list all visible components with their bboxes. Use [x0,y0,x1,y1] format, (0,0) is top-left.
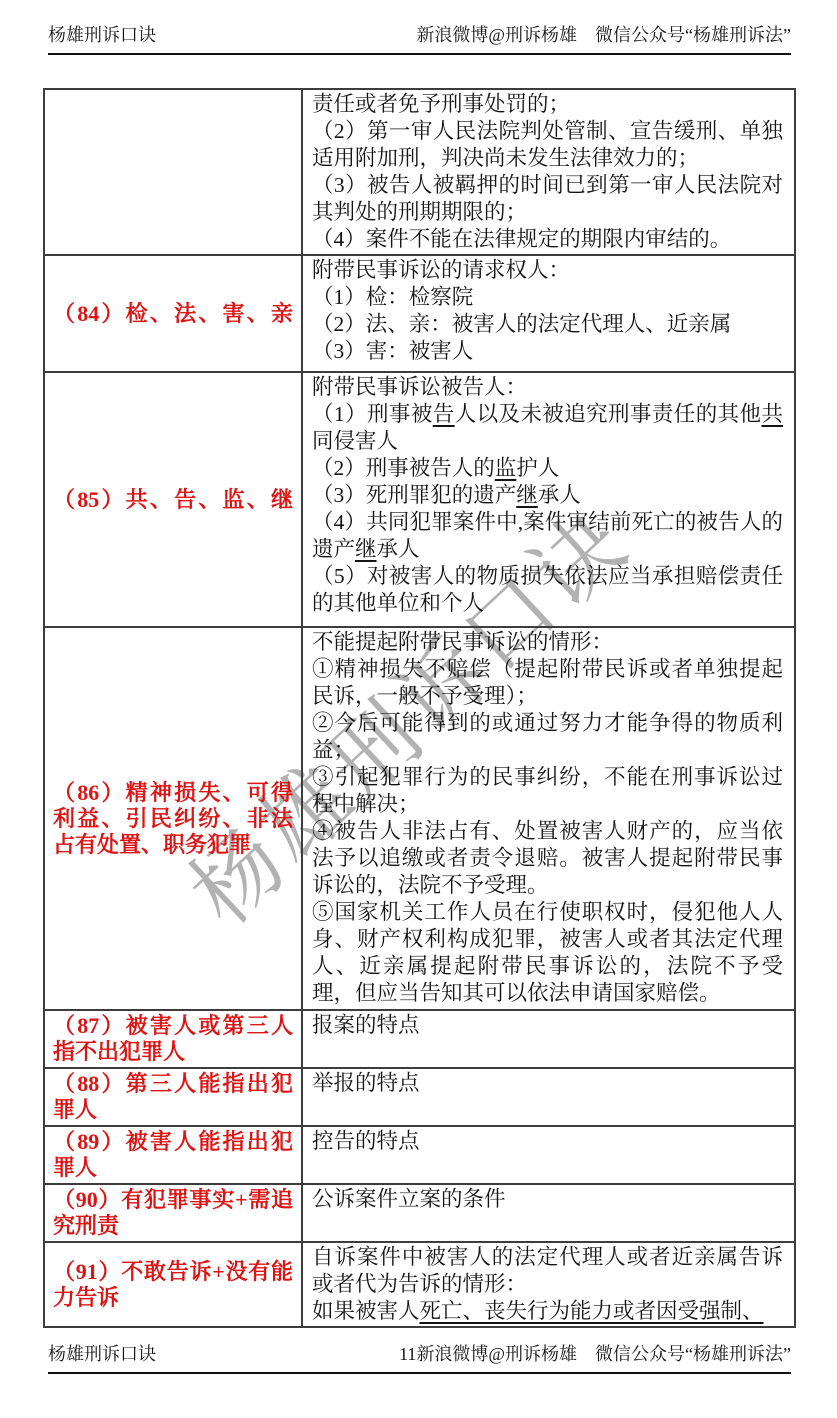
text-segment: 不能提起附带民事诉讼的情形： [312,630,613,654]
mnemonic-label: （91）不敢告诉+没有能力告诉 [53,1259,293,1311]
content-paragraph: 自诉案件中被害人的法定代理人或者近亲属告诉或者代为告诉的情形： [312,1244,783,1298]
mnemonic-label: （89）被害人能指出犯罪人 [53,1129,293,1181]
content-paragraph: ④被告人非法占有、处置被害人财产的，应当依法予以追缴或者责令退赔。被害人提起附带… [312,818,783,899]
mnemonic-cell: （87）被害人或第三人指不出犯罪人 [45,1011,303,1067]
content-cell: 举报的特点 [303,1069,794,1125]
text-segment: 人以及未被追究刑事责任的其他 [455,402,762,426]
text-segment: ②今后可能得到的或通过努力才能争得的物质利益； [312,711,783,762]
content-cell: 公诉案件立案的条件 [303,1185,794,1241]
content-paragraph: 不能提起附带民事诉讼的情形： [312,629,783,656]
table-row: （89）被害人能指出犯罪人控告的特点 [45,1125,794,1183]
mnemonic-cell: （89）被害人能指出犯罪人 [45,1127,303,1183]
table-row: 责任或者免予刑事处罚的；（2）第一审人民法院判处管制、宣告缓刑、单独适用附加刑，… [45,90,794,254]
underlined-keyword: 继 [355,537,377,561]
page-number: 11 [399,1343,416,1365]
underlined-keyword: 共 [761,402,783,426]
content-paragraph: （4）共同犯罪案件中,案件审结前死亡的被告人的遗产继承人 [312,509,783,563]
mnemonic-cell: （91）不敢告诉+没有能力告诉 [45,1243,303,1326]
mnemonic-cell: （88）第三人能指出犯罪人 [45,1069,303,1125]
mnemonic-cell: （90）有犯罪事实+需追究刑责 [45,1185,303,1241]
table-row: （88）第三人能指出犯罪人举报的特点 [45,1067,794,1125]
underlined-keyword: 死亡、丧失行为能力或者因受强制、 [420,1299,764,1323]
content-paragraph: ①精神损失不赔偿（提起附带民诉或者单独提起民诉，一般不予受理）； [312,656,783,710]
text-segment: （3）被告人被羁押的时间已到第一审人民法院对其判处的刑期期限的； [312,173,783,224]
underlined-keyword: 告 [433,402,455,426]
mnemonic-label: （86）精神损失、可得利益、引民纠纷、非法占有处置、职务犯罪 [53,780,293,858]
underlined-keyword: 继 [516,483,538,507]
text-segment: 公诉案件立案的条件 [312,1187,506,1211]
document-page: 杨雄刑诉口诀 新浪微博@刑诉杨雄 微信公众号“杨雄刑诉法” 杨雄刑诉口诀 责任或… [0,0,837,1418]
text-segment: ①精神损失不赔偿（提起附带民诉或者单独提起民诉，一般不予受理）； [312,657,783,708]
table-row: （90）有犯罪事实+需追究刑责公诉案件立案的条件 [45,1183,794,1241]
mnemonic-cell: （86）精神损失、可得利益、引民纠纷、非法占有处置、职务犯罪 [45,628,303,1009]
table-row: （86）精神损失、可得利益、引民纠纷、非法占有处置、职务犯罪不能提起附带民事诉讼… [45,626,794,1009]
content-paragraph: （3）害：被害人 [312,338,783,365]
text-segment: （2）第一审人民法院判处管制、宣告缓刑、单独适用附加刑，判决尚未发生法律效力的； [312,119,783,170]
footer-social-info: 新浪微博@刑诉杨雄 微信公众号“杨雄刑诉法” [416,1343,791,1365]
content-paragraph: 报案的特点 [312,1012,783,1039]
content-paragraph: 控告的特点 [312,1128,783,1155]
text-segment: 同侵害人 [312,429,398,453]
content-paragraph: （1）刑事被告人以及未被追究刑事责任的其他共同侵害人 [312,401,783,455]
header-right-info: 新浪微博@刑诉杨雄 微信公众号“杨雄刑诉法” [416,24,791,46]
text-segment: 承人 [377,537,420,561]
content-paragraph: （1）检：检察院 [312,284,783,311]
content-paragraph: ⑤国家机关工作人员在行使职权时，侵犯他人人身、财产权利构成犯罪，被害人或者其法定… [312,899,783,1007]
mnemonic-table: 责任或者免予刑事处罚的；（2）第一审人民法院判处管制、宣告缓刑、单独适用附加刑，… [43,88,796,1328]
table-row: （84）检、法、害、亲附带民事诉讼的请求权人：（1）检：检察院（2）法、亲：被害… [45,254,794,371]
content-paragraph: （2）法、亲：被害人的法定代理人、近亲属 [312,311,783,338]
content-paragraph: ②今后可能得到的或通过努力才能争得的物质利益； [312,710,783,764]
footer-right-info: 11新浪微博@刑诉杨雄 微信公众号“杨雄刑诉法” [399,1343,791,1365]
text-segment: 承人 [538,483,581,507]
content-paragraph: （3）死刑罪犯的遗产继承人 [312,482,783,509]
content-paragraph: 公诉案件立案的条件 [312,1186,783,1213]
content-paragraph: （5）对被害人的物质损失依法应当承担赔偿责任的其他单位和个人 [312,563,783,617]
text-segment: 附带民事诉讼被告人： [312,375,527,399]
content-paragraph: 附带民事诉讼被告人： [312,374,783,401]
content-cell: 附带民事诉讼被告人：（1）刑事被告人以及未被追究刑事责任的其他共同侵害人（2）刑… [303,373,794,626]
text-segment: （5）对被害人的物质损失依法应当承担赔偿责任的其他单位和个人 [312,564,783,615]
content-cell: 不能提起附带民事诉讼的情形：①精神损失不赔偿（提起附带民诉或者单独提起民诉，一般… [303,628,794,1009]
mnemonic-cell: （85）共、告、监、继 [45,373,303,626]
text-segment: 自诉案件中被害人的法定代理人或者近亲属告诉或者代为告诉的情形： [312,1245,783,1296]
content-paragraph: （3）被告人被羁押的时间已到第一审人民法院对其判处的刑期期限的； [312,172,783,226]
text-segment: ⑤国家机关工作人员在行使职权时，侵犯他人人身、财产权利构成犯罪，被害人或者其法定… [312,900,783,1005]
text-segment: 报案的特点 [312,1013,420,1037]
table-row: （91）不敢告诉+没有能力告诉自诉案件中被害人的法定代理人或者近亲属告诉或者代为… [45,1241,794,1326]
text-segment: ④被告人非法占有、处置被害人财产的，应当依法予以追缴或者责令退赔。被害人提起附带… [312,819,783,897]
mnemonic-cell [45,90,303,254]
mnemonic-label: （88）第三人能指出犯罪人 [53,1071,293,1123]
text-segment: 控告的特点 [312,1129,420,1153]
text-segment: ③引起犯罪行为的民事纠纷，不能在刑事诉讼过程中解决； [312,765,783,816]
underlined-keyword: 监 [495,456,517,480]
text-segment: （3）死刑罪犯的遗产 [312,483,516,507]
content-cell: 附带民事诉讼的请求权人：（1）检：检察院（2）法、亲：被害人的法定代理人、近亲属… [303,256,794,371]
content-cell: 控告的特点 [303,1127,794,1183]
content-paragraph: 如果被害人死亡、丧失行为能力或者因受强制、 [312,1298,783,1325]
content-paragraph: （2）刑事被告人的监护人 [312,455,783,482]
text-segment: （3）害：被害人 [312,339,473,363]
text-segment: 如果被害人 [312,1299,420,1323]
text-segment: （1）刑事被 [312,402,433,426]
text-segment: （2）刑事被告人的 [312,456,495,480]
mnemonic-label: （84）检、法、害、亲 [53,301,293,327]
text-segment: （4）案件不能在法律规定的期限内审结的。 [312,227,731,251]
text-segment: 责任或者免予刑事处罚的； [312,92,570,116]
text-segment: 附带民事诉讼的请求权人： [312,258,570,282]
content-cell: 责任或者免予刑事处罚的；（2）第一审人民法院判处管制、宣告缓刑、单独适用附加刑，… [303,90,794,254]
content-paragraph: 附带民事诉讼的请求权人： [312,257,783,284]
header-left-title: 杨雄刑诉口诀 [48,24,156,46]
content-paragraph: 责任或者免予刑事处罚的； [312,91,783,118]
content-cell: 自诉案件中被害人的法定代理人或者近亲属告诉或者代为告诉的情形：如果被害人死亡、丧… [303,1243,794,1326]
footer-left-title: 杨雄刑诉口诀 [48,1343,156,1365]
table-row: （87）被害人或第三人指不出犯罪人报案的特点 [45,1009,794,1067]
text-segment: 举报的特点 [312,1071,420,1095]
text-segment: （2）法、亲：被害人的法定代理人、近亲属 [312,312,731,336]
content-paragraph: （4）案件不能在法律规定的期限内审结的。 [312,226,783,253]
content-paragraph: 举报的特点 [312,1070,783,1097]
text-segment: （1）检：检察院 [312,285,473,309]
mnemonic-label: （87）被害人或第三人指不出犯罪人 [53,1013,293,1065]
content-cell: 报案的特点 [303,1011,794,1067]
content-paragraph: ③引起犯罪行为的民事纠纷，不能在刑事诉讼过程中解决； [312,764,783,818]
page-footer: 杨雄刑诉口诀 11新浪微博@刑诉杨雄 微信公众号“杨雄刑诉法” [48,1343,791,1374]
mnemonic-cell: （84）检、法、害、亲 [45,256,303,371]
table-row: （85）共、告、监、继附带民事诉讼被告人：（1）刑事被告人以及未被追究刑事责任的… [45,371,794,626]
mnemonic-label: （85）共、告、监、继 [53,487,293,513]
text-segment: 护人 [516,456,559,480]
content-paragraph: （2）第一审人民法院判处管制、宣告缓刑、单独适用附加刑，判决尚未发生法律效力的； [312,118,783,172]
mnemonic-label: （90）有犯罪事实+需追究刑责 [53,1187,293,1239]
page-header: 杨雄刑诉口诀 新浪微博@刑诉杨雄 微信公众号“杨雄刑诉法” [48,24,791,55]
